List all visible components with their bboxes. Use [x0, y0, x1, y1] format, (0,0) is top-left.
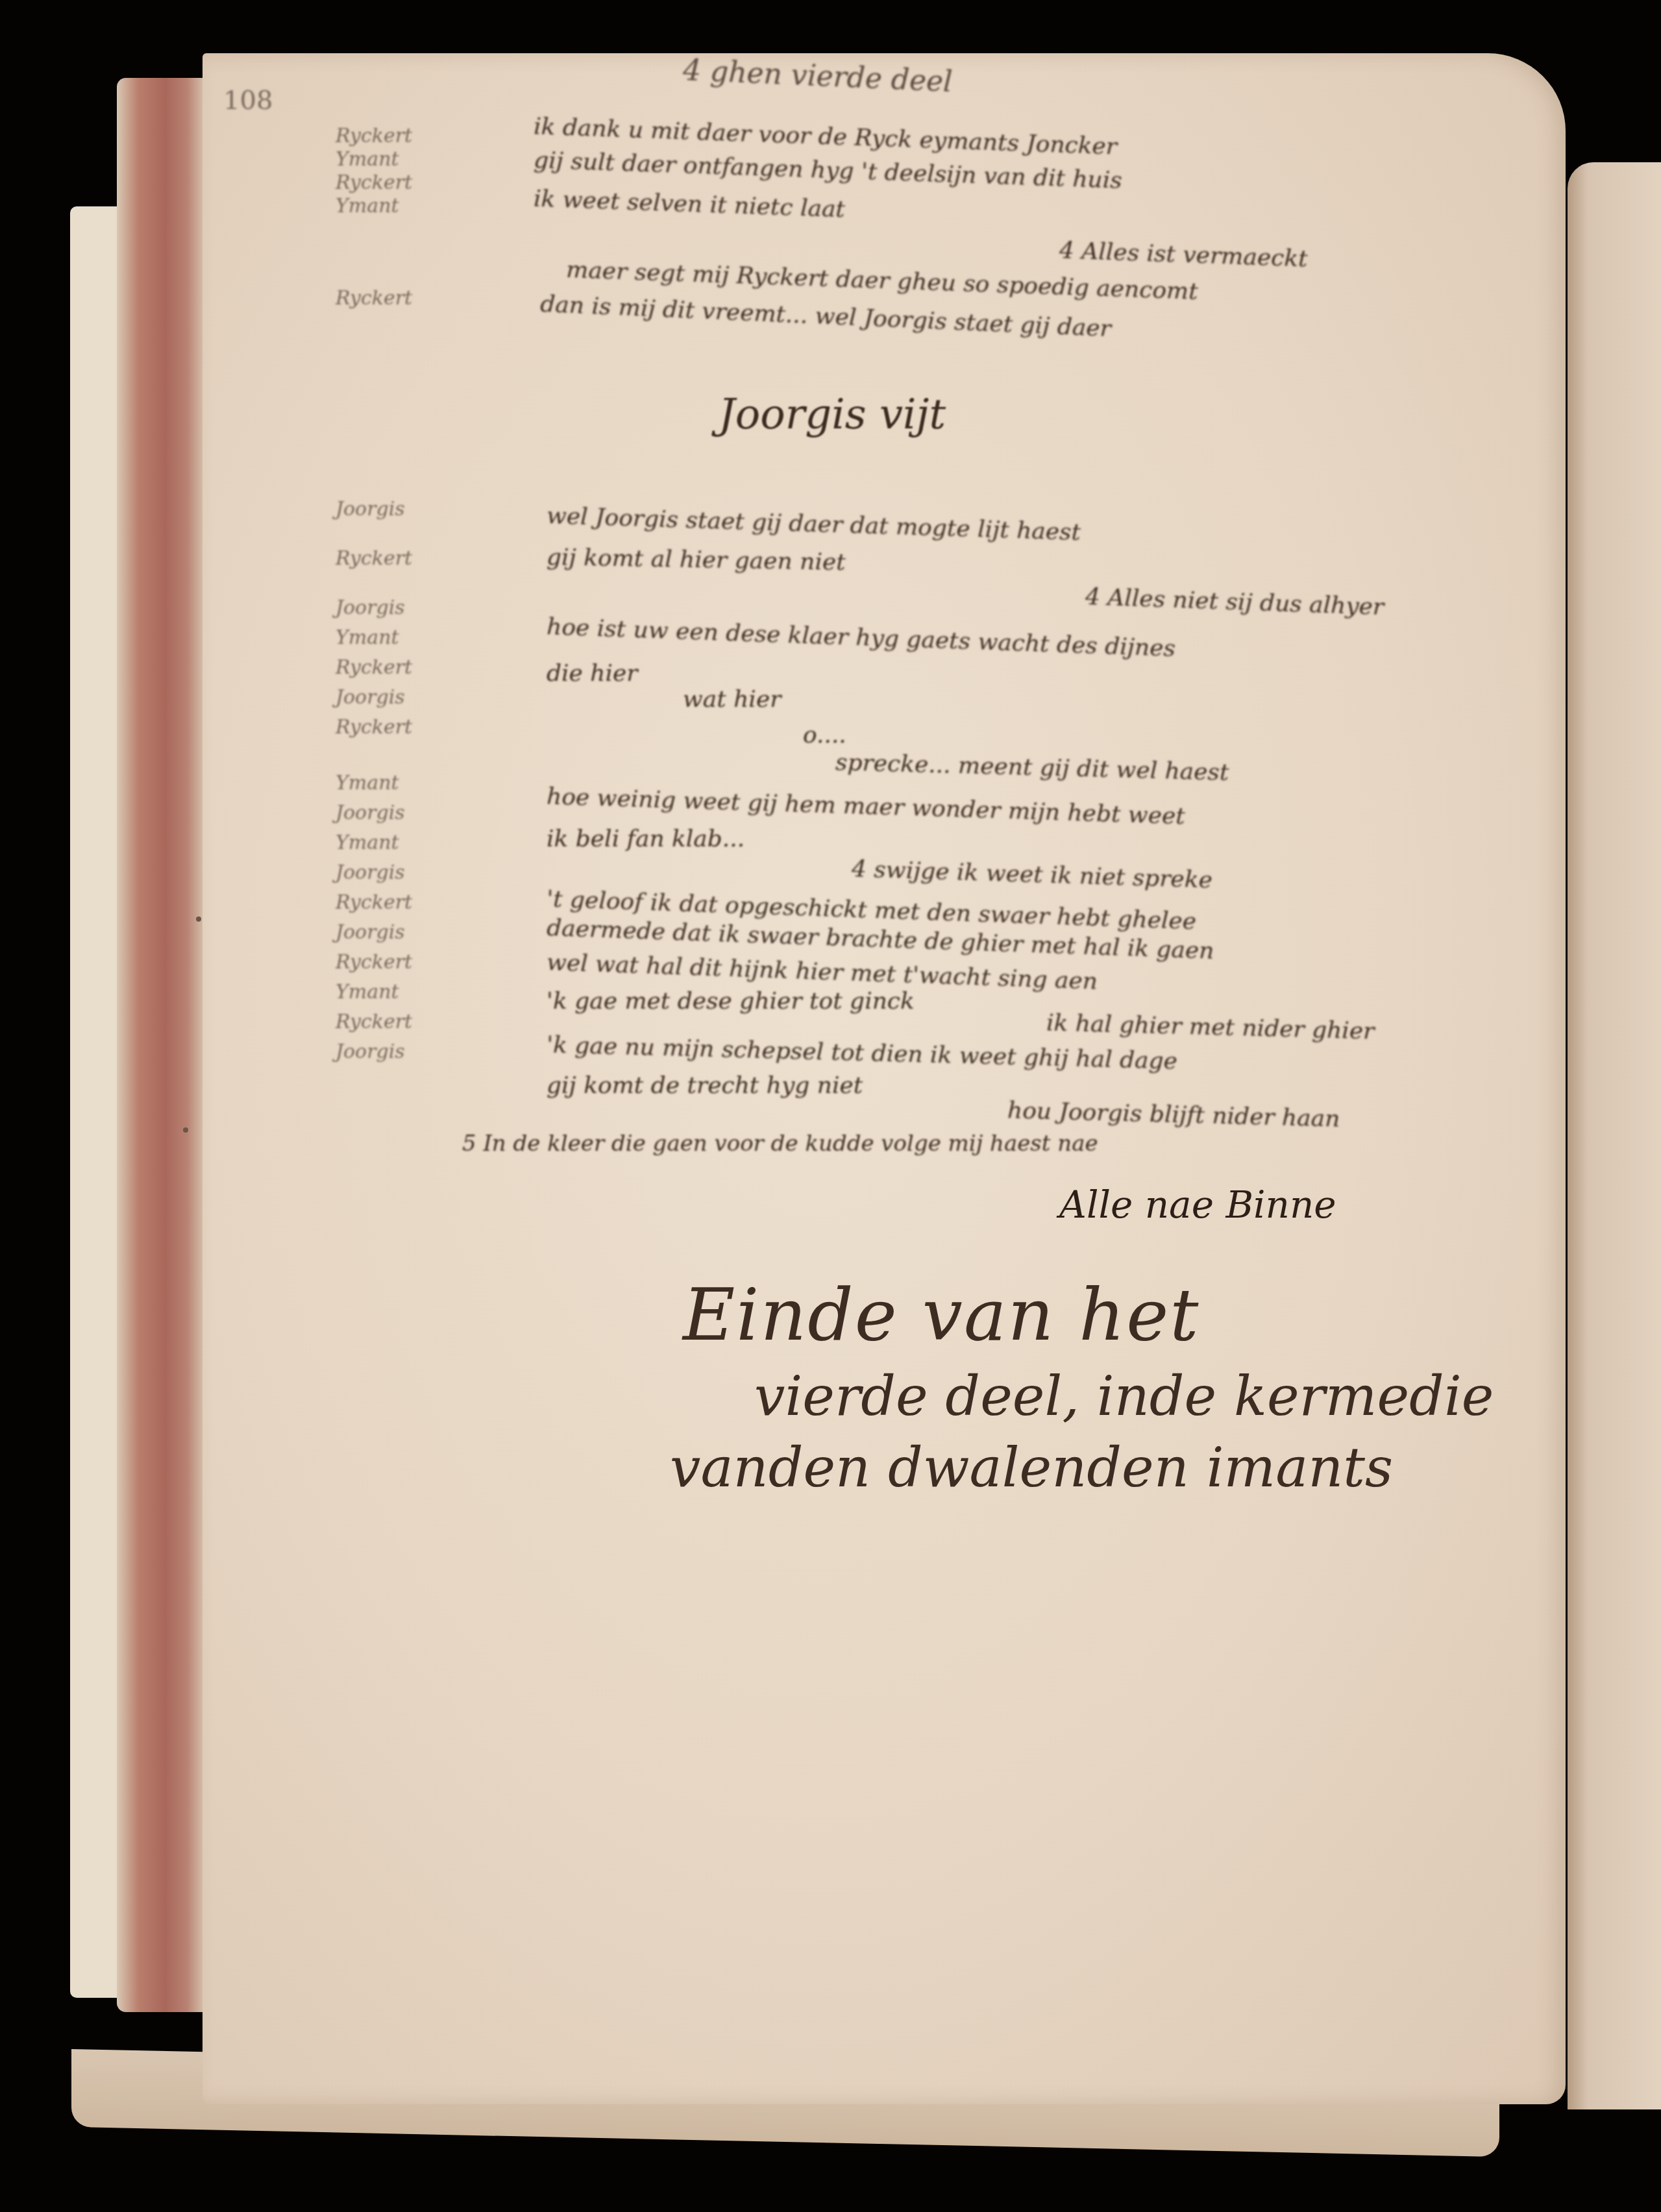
text-line: 5 In de kleer die gaen voor de kudde vol…: [462, 1131, 1098, 1157]
speaker-label: Joorgis: [336, 858, 412, 888]
page-number: 108: [223, 86, 273, 116]
text-line: hoe weinig weet gij hem maer wonder mijn…: [547, 783, 1186, 830]
text-line: gij komt al hier gaen niet: [547, 544, 846, 576]
speaker-label: Ryckert: [336, 888, 412, 918]
text-line: hoe ist uw een dese klaer hyg gaets wach…: [547, 613, 1176, 662]
speaker-label: Joorgis: [336, 495, 412, 524]
stage-aside: 4 swijge ik weet ik niet spreke: [851, 855, 1212, 893]
ink-dot: [183, 1127, 188, 1133]
speaker-label: Joorgis: [336, 798, 412, 828]
final-stage-direction: Alle nae Binne: [1059, 1183, 1336, 1227]
colophon-line-1: Einde van het: [683, 1273, 1200, 1357]
text-line: wat hier: [683, 686, 781, 713]
red-page-edges: [117, 78, 204, 2012]
stage-aside: ik hal ghier met nider ghier: [1046, 1009, 1375, 1044]
text-line: ik weet selven it nietc laat: [533, 186, 845, 223]
stage-aside: 4 Alles niet sij dus alhyer: [1085, 584, 1384, 621]
speaker-label: Ymant: [336, 623, 412, 653]
manuscript-page: 108 4 ghen vierde deel Ryckert Ymant Ryc…: [203, 53, 1566, 2104]
stage-aside: 4 Alles ist vermaeckt: [1059, 237, 1308, 272]
speaker-label: Ryckert: [336, 713, 412, 743]
speaker-label: Joorgis: [336, 1037, 412, 1067]
speaker-label: Ryckert: [336, 171, 412, 195]
text-line: o....: [803, 722, 846, 748]
text-line: 'k gae met dese ghier tot ginck: [547, 988, 915, 1014]
text-line: sprecke... meent gij dit wel haest: [835, 749, 1229, 786]
speaker-label: Ymant: [336, 768, 412, 798]
text-line: wel Joorgis staet gij daer dat mogte lij…: [547, 502, 1081, 546]
speaker-label: Ryckert: [336, 544, 412, 574]
text-line: 'k gae nu mijn schepsel tot dien ik weet…: [547, 1031, 1178, 1074]
ink-dot: [196, 916, 201, 922]
speaker-label: Ryckert: [336, 653, 412, 683]
speaker-label: Ymant: [336, 828, 412, 858]
dialogue-speaker-list: Joorgis Ryckert Joorgis Ymant Ryckert Jo…: [336, 495, 412, 1067]
speaker-label: Ryckert: [336, 948, 412, 977]
speaker-label: Ymant: [336, 148, 412, 171]
speaker-label: Ymant: [336, 977, 412, 1007]
colophon-line-2: vierde deel, inde kermedie: [754, 1364, 1494, 1428]
text-line: hou Joorgis blijft nider haan: [1007, 1097, 1340, 1132]
top-speaker-list: Ryckert Ymant Ryckert Ymant: [336, 125, 412, 218]
speaker-label: Ymant: [336, 195, 412, 218]
facing-page-edge: [1568, 162, 1661, 2109]
speaker-label: Ryckert: [336, 287, 412, 310]
speaker-label: Joorgis: [336, 683, 412, 713]
text-line: ik beli fan klab...: [547, 826, 744, 852]
speaker-label: Ryckert: [336, 1007, 412, 1037]
text-line: die hier: [547, 660, 638, 687]
colophon-line-3: vanden dwalenden imants: [670, 1436, 1393, 1499]
exit-stage-direction: Joorgis vijt: [719, 391, 946, 439]
speaker-label: Ryckert: [336, 125, 412, 148]
speaker-label: Joorgis: [336, 593, 412, 623]
speaker-label: Joorgis: [336, 918, 412, 948]
running-head: 4 ghen vierde deel: [682, 54, 953, 99]
text-line: gij komt de trecht hyg niet: [547, 1072, 863, 1099]
